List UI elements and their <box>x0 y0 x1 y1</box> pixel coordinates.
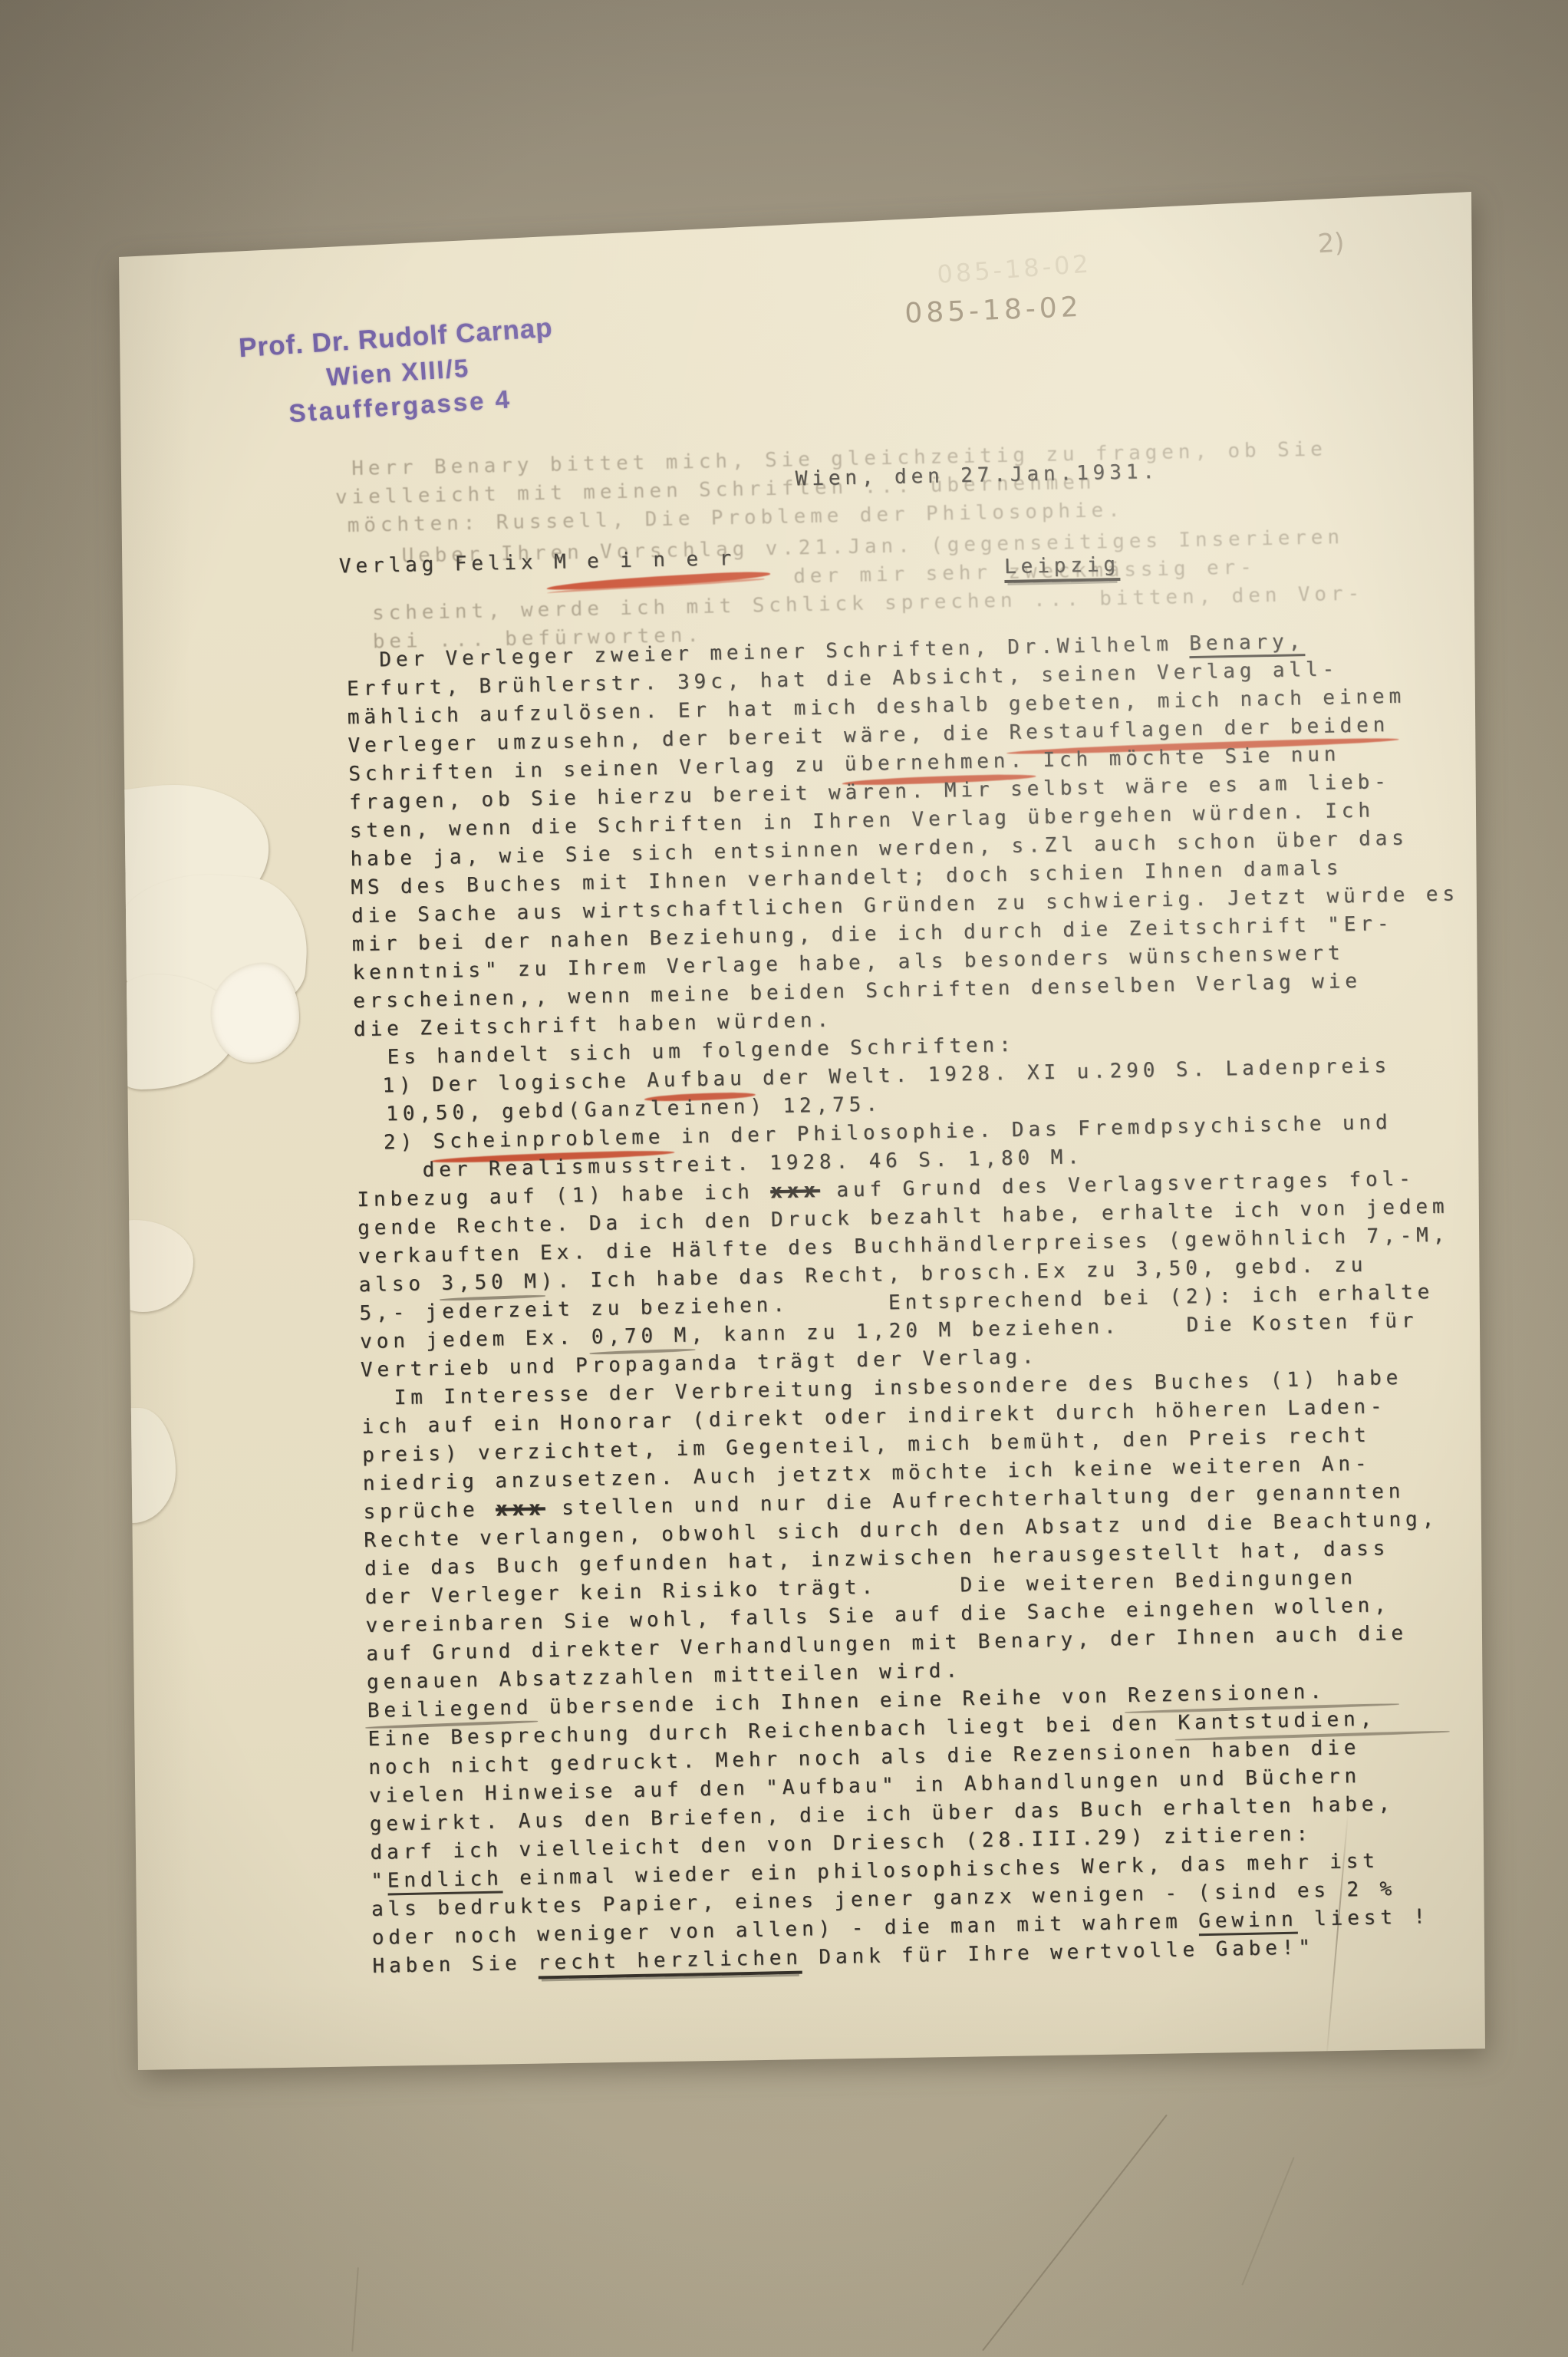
typed-text: Schriften in seinen Verlag zu <box>348 753 845 786</box>
typed-text: Verlag Felix <box>339 551 555 579</box>
red-underlined-text: Restauflagen der beiden <box>1009 714 1389 744</box>
typed-text-layer: Wien, den 27.Jan.1931.Verlag Felix M e i… <box>87 163 1476 190</box>
typed-text: also <box>358 1272 441 1297</box>
pencil-underlined-text: Beiliegend <box>367 1696 533 1722</box>
pencil-underlined-text: 3,50 M <box>441 1270 541 1295</box>
struck-text: xxx <box>770 1179 820 1203</box>
page-number-annotation: 2) <box>1317 227 1346 259</box>
paper-shadow-wrap: Prof. Dr. Rudolf Carnap Wien XIII/5 Stau… <box>0 0 1568 2357</box>
typed-underlined-text: recht herzlichen <box>538 1947 803 1980</box>
red-underlined-text: übernehmen. <box>845 749 1027 776</box>
pencil-underlined-text: Kantstudien, <box>1178 1708 1376 1735</box>
typed-text: 1) Der logische <box>382 1069 647 1097</box>
archive-number-ghost: 085-18-02 <box>936 249 1092 288</box>
typed-underlined-text: Gewinn <box>1198 1908 1298 1937</box>
sender-stamp: Prof. Dr. Rudolf Carnap Wien XIII/5 Stau… <box>230 310 566 434</box>
typed-text: von jedem Ex. <box>360 1326 591 1353</box>
typed-text: sprüche <box>363 1498 496 1524</box>
typed-text: liest ! <box>1297 1905 1430 1930</box>
typed-underlined-text: Benary, <box>1189 630 1306 658</box>
letter-content: Prof. Dr. Rudolf Carnap Wien XIII/5 Stau… <box>87 163 1514 2085</box>
red-underlined-text: Aufbau <box>647 1067 746 1093</box>
recipient-line: Verlag Felix M e i n e r <box>339 547 736 578</box>
recipient-city-line: Leipzig <box>1004 553 1120 579</box>
typed-text: Haben Sie <box>372 1952 538 1978</box>
typed-text: " <box>371 1869 387 1892</box>
red-underlined-text: Scheinprobleme <box>433 1126 664 1153</box>
typed-text: 2) <box>384 1130 433 1154</box>
typed-line: 10,50, gebd(Ganzleinen) 12,75. <box>386 1093 882 1126</box>
pencil-underlined-text: Rezensionen. <box>1128 1680 1326 1707</box>
desk-background: Prof. Dr. Rudolf Carnap Wien XIII/5 Stau… <box>0 0 1568 2357</box>
ghost-text-line: scheint, werde ich mit Schlick sprechen … <box>372 582 1365 625</box>
typed-text: 10,50, gebd(Ganzleinen) 12,75. <box>386 1093 882 1126</box>
typed-text: Dank für Ihre wertvolle Gabe!" <box>802 1936 1316 1969</box>
red-underlined-text: M e i n e r <box>554 547 736 574</box>
typed-underlined-text: Leipzig <box>1004 553 1121 583</box>
typed-text: Inbezug auf (1) habe ich <box>357 1180 770 1211</box>
typed-text: die Zeitschrift haben würden. <box>354 1009 834 1042</box>
typed-line: die Zeitschrift haben würden. <box>354 1009 834 1042</box>
pencil-underlined-text: 0,70 M <box>591 1324 691 1349</box>
typed-underlined-text: Endlich <box>387 1867 504 1895</box>
struck-text: xxx <box>496 1497 545 1521</box>
archive-number-annotation: 085-18-02 <box>904 292 1083 330</box>
letter-paper: Prof. Dr. Rudolf Carnap Wien XIII/5 Stau… <box>107 184 1496 2079</box>
bleed-through-text-layer: Herr Benary bittet mich, Sie gleichzeiti… <box>87 163 1476 190</box>
